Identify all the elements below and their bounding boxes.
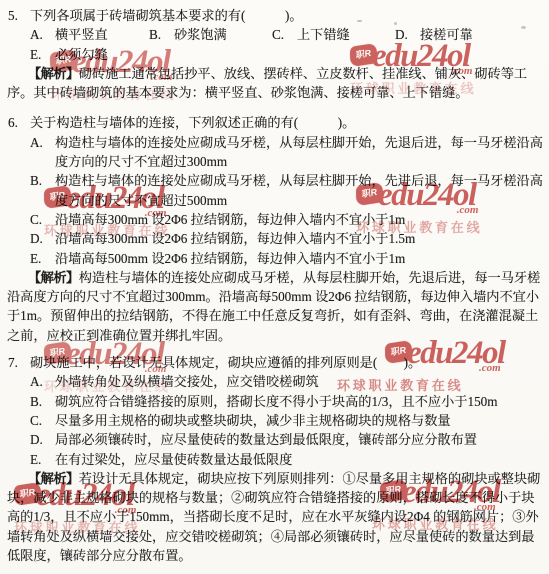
option-6a: A.构造柱与墙体的连接处应砌成马牙槎，从每层柱脚开始，先退后进，每一马牙槎沿高度… xyxy=(55,133,543,172)
option-6a-text: 构造柱与墙体的连接处应砌成马牙槎，从每层柱脚开始，先退后进，每一马牙槎沿高度方向… xyxy=(55,135,543,169)
option-6c-text: 沿墙高每300mm 设2Φ6 拉结钢筋，每边伸入墙内不宜小于1m xyxy=(55,212,405,227)
option-7e: E.在有过梁处，应尽量使砖数量达最低限度 xyxy=(55,450,543,469)
option-6d: D.沿墙高每300mm 设2Φ6 拉结钢筋，每边伸入墙内不宜小于1.5m xyxy=(55,229,543,248)
option-5a-text: 横平竖直 xyxy=(55,27,108,42)
option-7d-text: 局部必须镶砖时，应尽量使砖的数量达到最低限度，镶砖部分应分散布置 xyxy=(55,432,477,447)
option-7d-label: D. xyxy=(30,430,55,449)
question-6-analysis: 【解析】构造柱与墙体的连接处应砌成马牙槎，从每层柱脚开始，先退后进，每一马牙槎沿… xyxy=(7,268,543,345)
option-5e: E.必须勾缝 xyxy=(55,45,543,64)
option-7b-label: B. xyxy=(30,392,55,411)
option-6e-label: E. xyxy=(30,249,55,268)
option-7c-label: C. xyxy=(30,411,55,430)
option-5b-text: 砂浆饱满 xyxy=(174,27,227,42)
question-6-analysis-text: 构造柱与墙体的连接处应砌成马牙槎，从每层柱脚开始，先退后进，每一马牙槎沿高度方向… xyxy=(7,270,540,343)
option-6d-text: 沿墙高每300mm 设2Φ6 拉结钢筋，每边伸入墙内不宜小于1.5m xyxy=(55,231,415,246)
question-6-stem-text: 关于构造柱与墙体的连接，下列叙述正确的有( )。 xyxy=(30,115,355,130)
option-5e-text: 必须勾缝 xyxy=(55,47,108,62)
option-7c: C.尽量多用主规格的砌块或整块砌块，减少非主规格砌块的规格与数量 xyxy=(55,411,543,430)
question-6-stem: 6. 关于构造柱与墙体的连接，下列叙述正确的有( )。 xyxy=(7,113,543,132)
option-5a-label: A. xyxy=(30,25,55,44)
option-7a: A.外墙转角处及纵横墙交接处，应交错咬槎砌筑 xyxy=(55,372,543,391)
option-6b: B.构造柱与墙体的连接处应砌成马牙槎，从每层柱脚开始，先进后退，每一马牙槎沿高度… xyxy=(55,171,543,210)
question-5-analysis-text: 砌砖施工通常包括抄平、放线、摆砖样、立皮数杆、挂准线、铺灰、砌砖等工序。其中砖墙… xyxy=(7,66,527,100)
option-5b-label: B. xyxy=(149,25,174,44)
option-6c-label: C. xyxy=(30,210,55,229)
question-5: 5. 下列各项属于砖墙砌筑基本要求的有( )。 A.横平竖直 B.砂浆饱满 C.… xyxy=(7,6,543,102)
option-6c: C.沿墙高每300mm 设2Φ6 拉结钢筋，每边伸入墙内不宜小于1m xyxy=(55,210,543,229)
option-7b: B.砌筑应符合错缝搭接的原则，搭砌长度不得小于块高的1/3，且不应小于150m xyxy=(55,392,543,411)
option-5a: A.横平竖直 xyxy=(30,25,149,44)
option-5e-label: E. xyxy=(30,45,55,64)
option-6a-label: A. xyxy=(30,133,55,152)
question-7: 7. 砌块施工中，若设计无具体规定，砌块应遵循的排列原则是( )。 A.外墙转角… xyxy=(7,353,543,565)
option-5c-label: C. xyxy=(272,25,297,44)
exam-document: 5. 下列各项属于砖墙砌筑基本要求的有( )。 A.横平竖直 B.砂浆饱满 C.… xyxy=(0,0,549,565)
option-6b-label: B. xyxy=(30,171,55,190)
question-6: 6. 关于构造柱与墙体的连接，下列叙述正确的有( )。 A.构造柱与墙体的连接处… xyxy=(7,113,543,345)
option-7d: D.局部必须镶砖时，应尽量使砖的数量达到最低限度，镶砖部分应分散布置 xyxy=(55,430,543,449)
option-6e: E.沿墙高每500mm 设2Φ6 拉结钢筋，每边伸入墙内不宜小于1m xyxy=(55,249,543,268)
question-5-stem-text: 下列各项属于砖墙砌筑基本要求的有( )。 xyxy=(30,8,303,23)
option-7e-text: 在有过梁处，应尽量使砖数量达最低限度 xyxy=(55,452,292,467)
option-7b-text: 砌筑应符合错缝搭接的原则，搭砌长度不得小于块高的1/3，且不应小于150m xyxy=(55,394,498,409)
question-7-stem: 7. 砌块施工中，若设计无具体规定，砌块应遵循的排列原则是( )。 xyxy=(7,353,543,372)
question-7-analysis: 【解析】若设计无具体规定，砌块应按下列原则排列：①尽量多用主规格的砌块或整块砌块… xyxy=(7,469,543,565)
option-7a-text: 外墙转角处及纵横墙交接处，应交错咬槎砌筑 xyxy=(55,374,319,389)
question-7-number: 7. xyxy=(8,353,18,372)
question-5-stem: 5. 下列各项属于砖墙砌筑基本要求的有( )。 xyxy=(7,6,543,25)
option-6d-label: D. xyxy=(30,229,55,248)
question-5-options-row: A.横平竖直 B.砂浆饱满 C.上下错缝 D.接槎可靠 xyxy=(30,25,543,44)
question-7-stem-text: 砌块施工中，若设计无具体规定，砌块应遵循的排列原则是( )。 xyxy=(30,355,421,370)
analysis-label: 【解析】 xyxy=(28,471,79,486)
question-5-analysis: 【解析】砌砖施工通常包括抄平、放线、摆砖样、立皮数杆、挂准线、铺灰、砌砖等工序。… xyxy=(7,64,543,103)
option-7c-text: 尽量多用主规格的砌块或整块砌块，减少非主规格砌块的规格与数量 xyxy=(55,413,451,428)
question-5-number: 5. xyxy=(8,6,18,25)
option-6e-text: 沿墙高每500mm 设2Φ6 拉结钢筋，每边伸入墙内不宜小于1m xyxy=(55,251,405,266)
option-5b: B.砂浆饱满 xyxy=(149,25,272,44)
option-5c-text: 上下错缝 xyxy=(297,27,350,42)
option-6b-text: 构造柱与墙体的连接处应砌成马牙槎，从每层柱脚开始，先进后退，每一马牙槎沿高度方向… xyxy=(55,173,543,207)
option-5d-text: 接槎可靠 xyxy=(420,27,473,42)
question-7-analysis-text: 若设计无具体规定，砌块应按下列原则排列：①尽量多用主规格的砌块或整块砌块，减少非… xyxy=(7,471,540,563)
analysis-label: 【解析】 xyxy=(28,270,79,285)
option-7a-label: A. xyxy=(30,372,55,391)
option-5d: D.接槎可靠 xyxy=(395,25,473,44)
question-6-number: 6. xyxy=(8,113,18,132)
analysis-label: 【解析】 xyxy=(28,66,79,81)
option-5c: C.上下错缝 xyxy=(272,25,395,44)
option-7e-label: E. xyxy=(30,450,55,469)
option-5d-label: D. xyxy=(395,25,420,44)
